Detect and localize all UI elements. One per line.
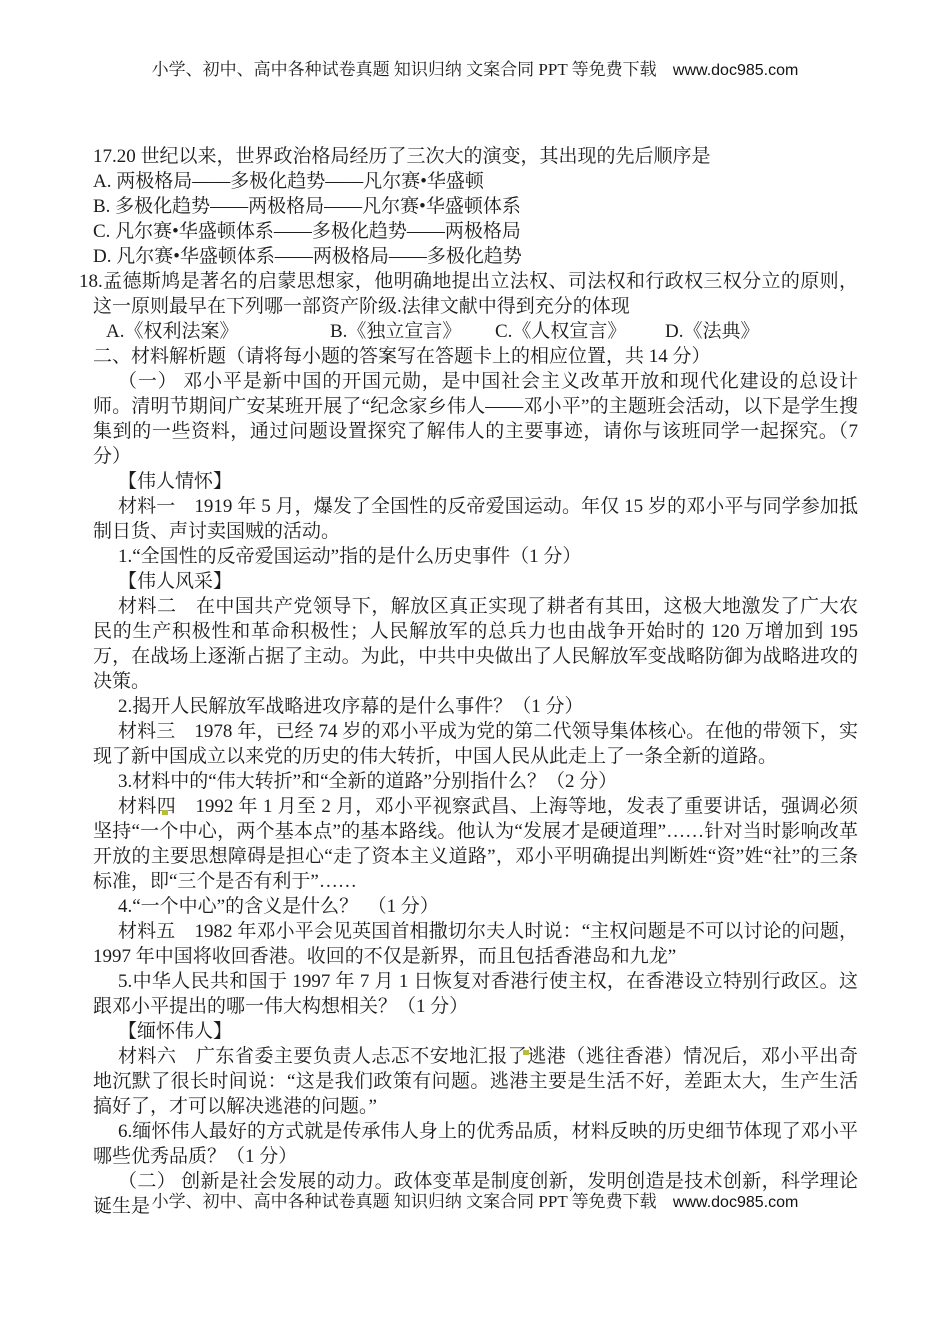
section-two-title: 二、材料解析题（请将每小题的答案写在答题卡上的相应位置，共 14 分）: [93, 344, 858, 369]
material-3-paragraph: 材料三 1978 年，已经 74 岁的邓小平成为党的第二代领导集体核心。在他的带…: [93, 719, 858, 769]
header-text: 小学、初中、高中各种试卷真题 知识归纳 文案合同 PPT 等免费下载: [152, 60, 657, 79]
exam-document-page: 小学、初中、高中各种试卷真题 知识归纳 文案合同 PPT 等免费下载 www.d…: [0, 0, 950, 1344]
question-17-option-a: A. 两极格局——多极化趋势——凡尔赛•华盛顿: [93, 169, 858, 194]
question-18-option-c: C.《人权宣言》: [495, 319, 665, 344]
spellcheck-mark-2: [523, 1050, 529, 1055]
question-18-option-b: B.《独立宣言》: [330, 319, 495, 344]
sub-question-2: 2.揭开人民解放军战略进攻序幕的是什么事件？（1 分）: [93, 694, 858, 719]
question-18-stem: 18.孟德斯鸠是著名的启蒙思想家，他明确地提出立法权、司法权和行政权三权分立的原…: [93, 269, 858, 319]
page-footer: 小学、初中、高中各种试卷真题 知识归纳 文案合同 PPT 等免费下载 www.d…: [0, 1191, 950, 1213]
question-17-option-c: C. 凡尔赛•华盛顿体系——多极化趋势——两极格局: [93, 219, 858, 244]
footer-text: 小学、初中、高中各种试卷真题 知识归纳 文案合同 PPT 等免费下载: [152, 1192, 657, 1211]
footer-site-link[interactable]: www.doc985.com: [673, 1194, 798, 1211]
material-2-paragraph: 材料二 在中国共产党领导下，解放区真正实现了耕者有其田，这极大地激发了广大农民的…: [93, 594, 858, 694]
sub-question-5: 5.中华人民共和国于 1997 年 7 月 1 日恢复对香港行使主权，在香港设立…: [93, 969, 858, 1019]
heading-weiren-fengcai: 【伟人风采】: [93, 569, 858, 594]
question-18-option-a: A.《权利法案》: [106, 319, 330, 344]
question-17-option-b: B. 多极化趋势——两极格局——凡尔赛•华盛顿体系: [93, 194, 858, 219]
material-4-paragraph: 材料四 1992 年 1 月至 2 月，邓小平视察武昌、上海等地，发表了重要讲话…: [93, 794, 858, 894]
question-18-options-row: A.《权利法案》 B.《独立宣言》 C.《人权宣言》 D.《法典》: [93, 319, 858, 344]
part-one-intro: （一） 邓小平是新中国的开国元勋，是中国社会主义改革开放和现代化建设的总设计师。…: [93, 369, 858, 469]
sub-question-4: 4.“一个中心”的含义是什么？ （1 分）: [93, 894, 858, 919]
material-5-paragraph: 材料五 1982 年邓小平会见英国首相撒切尔夫人时说：“主权问题是不可以讨论的问…: [93, 919, 858, 969]
heading-mianhuai-weiren: 【缅怀伟人】: [93, 1019, 858, 1044]
sub-question-1: 1.“全国性的反帝爱国运动”指的是什么历史事件（1 分）: [93, 544, 858, 569]
sub-question-3: 3.材料中的“伟大转折”和“全新的道路”分别指什么？（2 分）: [93, 769, 858, 794]
spellcheck-mark-1: [162, 810, 168, 815]
sub-question-6: 6.缅怀伟人最好的方式就是传承伟人身上的优秀品质，材料反映的历史细节体现了邓小平…: [93, 1119, 858, 1169]
heading-weiren-qinghuai: 【伟人情怀】: [93, 469, 858, 494]
header-site-link[interactable]: www.doc985.com: [673, 62, 798, 79]
document-body: 17.20 世纪以来，世界政治格局经历了三次大的演变，其出现的先后顺序是 A. …: [93, 144, 858, 1219]
question-18-option-d: D.《法典》: [665, 319, 858, 344]
material-1-paragraph: 材料一 1919 年 5 月，爆发了全国性的反帝爱国运动。年仅 15 岁的邓小平…: [93, 494, 858, 544]
page-header: 小学、初中、高中各种试卷真题 知识归纳 文案合同 PPT 等免费下载 www.d…: [0, 59, 950, 81]
material-6-paragraph: 材料六 广东省委主要负责人忐忑不安地汇报了逃港（逃往香港）情况后，邓小平出奇地沉…: [93, 1044, 858, 1119]
question-17-stem: 17.20 世纪以来，世界政治格局经历了三次大的演变，其出现的先后顺序是: [93, 144, 858, 169]
question-17-option-d: D. 凡尔赛•华盛顿体系——两极格局——多极化趋势: [93, 244, 858, 269]
